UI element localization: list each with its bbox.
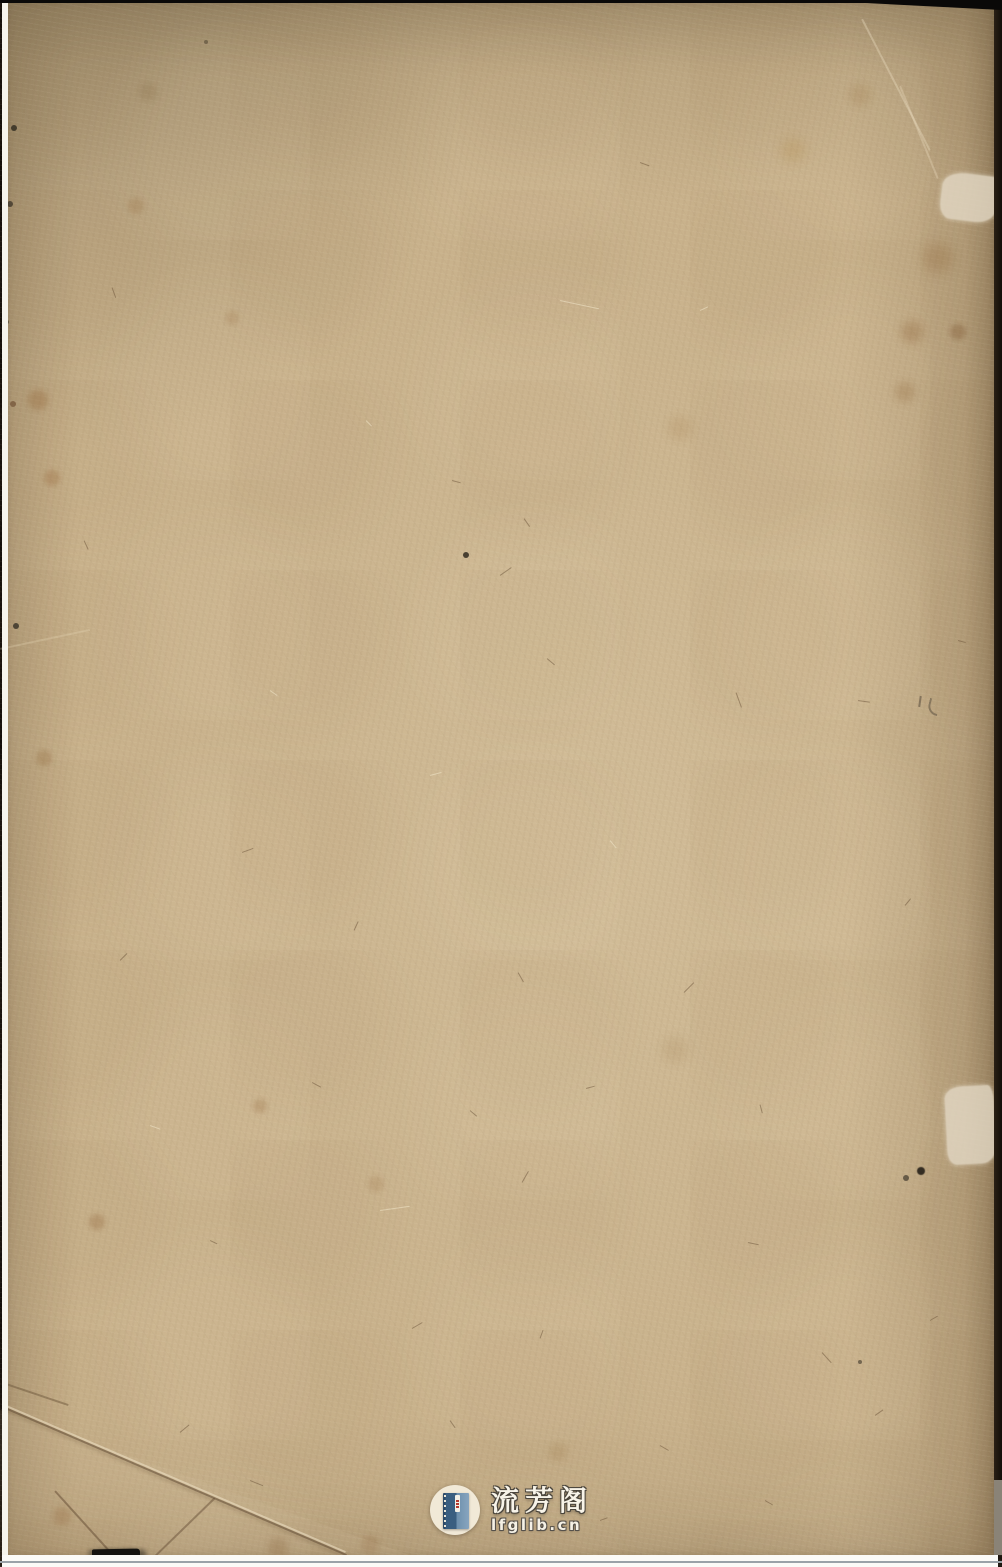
stitched-book-icon <box>443 1493 469 1529</box>
book-title-slip <box>455 1495 460 1512</box>
watermark-site-url: lfglib.cn <box>491 1518 593 1533</box>
scanned-book-page: 流芳阁 lfglib.cn <box>0 0 1002 1567</box>
scan-edge-right-gray <box>994 1480 1002 1555</box>
scan-edge-left <box>2 0 8 1563</box>
scan-edge-right-dark <box>994 0 1002 1480</box>
paper-sheet <box>7 2 994 1555</box>
watermark-site-name: 流芳阁 <box>491 1487 593 1515</box>
scan-edge-bottom-line <box>0 1561 1002 1563</box>
tape-repair-top-right <box>938 171 999 224</box>
tape-repair-mid-right <box>944 1085 997 1165</box>
book-stitching <box>444 1495 446 1527</box>
scan-edge-top <box>0 0 1002 3</box>
watermark-text-block: 流芳阁 lfglib.cn <box>491 1487 593 1533</box>
watermark-badge <box>430 1485 480 1535</box>
watermark: 流芳阁 lfglib.cn <box>430 1485 593 1535</box>
